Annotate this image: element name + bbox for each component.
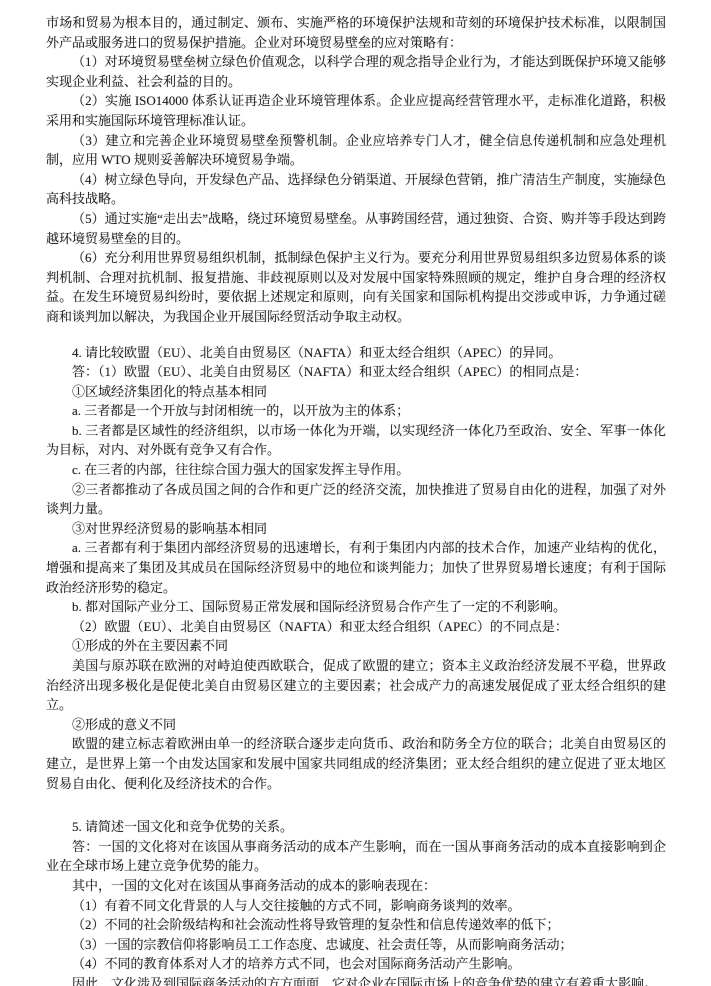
culture-effect-1: （1）有着不同文化背景的人与人交往接触的方式不同，影响商务谈判的效率。 xyxy=(46,896,666,916)
question-4-heading: 4. 请比较欧盟（EU）、北美自由贸易区（NAFTA）和亚太经合组织（APEC）… xyxy=(46,343,666,363)
similarity-1b: b. 三者都是区域性的经济组织，以市场一体化为开端，以实现经济一体化乃至政治、安… xyxy=(46,421,666,460)
difference-1-detail: 美国与原苏联在欧洲的对峙迫使西欧联合，促成了欧盟的建立；资本主义政治经济发展不平… xyxy=(46,656,666,715)
strategy-item-6: （6）充分利用世界贸易组织机制，抵制绿色保护主义行为。要充分利用世界贸易组织多边… xyxy=(46,248,666,326)
similarity-3b: b. 都对国际产业分工、国际贸易正常发展和国际经济贸易合作产生了一定的不利影响。 xyxy=(46,597,666,617)
strategy-item-1: （1）对环境贸易壁垒树立绿色价值观念，以科学合理的观念指导企业行为，才能达到既保… xyxy=(46,52,666,91)
strategy-item-2: （2）实施 ISO14000 体系认证再造企业环境管理体系。企业应提高经营管理水… xyxy=(46,91,666,130)
culture-cost-intro: 其中，一国的文化对在该国从事商务活动的成本的影响表现在： xyxy=(46,876,666,896)
conclusion-paragraph: 因此，文化涉及到国际商务活动的方方面面，它对企业在国际市场上的竞争优势的建立有着… xyxy=(46,974,666,986)
similarity-1c: c. 在三者的内部，往往综合国力强大的国家发挥主导作用。 xyxy=(46,460,666,480)
strategy-item-4: （4）树立绿色导向，开发绿色产品、选择绿色分销渠道、开展绿色营销，推广清洁生产制… xyxy=(46,170,666,209)
similarity-1a: a. 三者都是一个开放与封闭相统一的，以开放为主的体系； xyxy=(46,401,666,421)
similarity-point-2: ②三者都推动了各成员国之间的合作和更广泛的经济交流，加快推进了贸易自由化的进程，… xyxy=(46,480,666,519)
document-page: 市场和贸易为根本目的，通过制定、颁布、实施严格的环境保护法规和苛刻的环境保护技术… xyxy=(0,0,711,986)
difference-point-2: ②形成的意义不同 xyxy=(46,715,666,735)
answer-5-intro: 答：一国的文化将对在该国从事商务活动的成本产生影响，而在一国从事商务活动的成本直… xyxy=(46,837,666,876)
question-5-heading: 5. 请简述一国文化和竞争优势的关系。 xyxy=(46,817,666,837)
similarity-3a: a. 三者都有利于集团内部经济贸易的迅速增长，有利于集团内内部的技术合作，加速产… xyxy=(46,538,666,597)
culture-effect-3: （3）一国的宗教信仰将影响员工工作态度、忠诚度、社会责任等，从而影响商务活动； xyxy=(46,935,666,955)
similarity-point-3: ③对世界经济贸易的影响基本相同 xyxy=(46,519,666,539)
difference-point-1: ①形成的外在主要因素不同 xyxy=(46,636,666,656)
difference-2-detail: 欧盟的建立标志着欧洲由单一的经济联合逐步走向货币、政治和防务全方位的联合；北美自… xyxy=(46,734,666,793)
culture-effect-4: （4）不同的教育体系对人才的培养方式不同，也会对国际商务活动产生影响。 xyxy=(46,954,666,974)
culture-effect-2: （2）不同的社会阶级结构和社会流动性将导致管理的复杂性和信息传递效率的低下； xyxy=(46,915,666,935)
strategy-item-5: （5）通过实施“走出去”战略，绕过环境贸易壁垒。从事跨国经营，通过独资、合资、购… xyxy=(46,209,666,248)
difference-intro: （2）欧盟（EU）、北美自由贸易区（NAFTA）和亚太经合组织（APEC）的不同… xyxy=(46,617,666,637)
answer-4-intro: 答：（1）欧盟（EU）、北美自由贸易区（NAFTA）和亚太经合组织（APEC）的… xyxy=(46,362,666,382)
continuation-text: 市场和贸易为根本目的，通过制定、颁布、实施严格的环境保护法规和苛刻的环境保护技术… xyxy=(46,13,666,52)
similarity-point-1: ①区域经济集团化的特点基本相同 xyxy=(46,382,666,402)
strategy-item-3: （3）建立和完善企业环境贸易壁垒预警机制。企业应培养专门人才，健全信息传递机制和… xyxy=(46,131,666,170)
